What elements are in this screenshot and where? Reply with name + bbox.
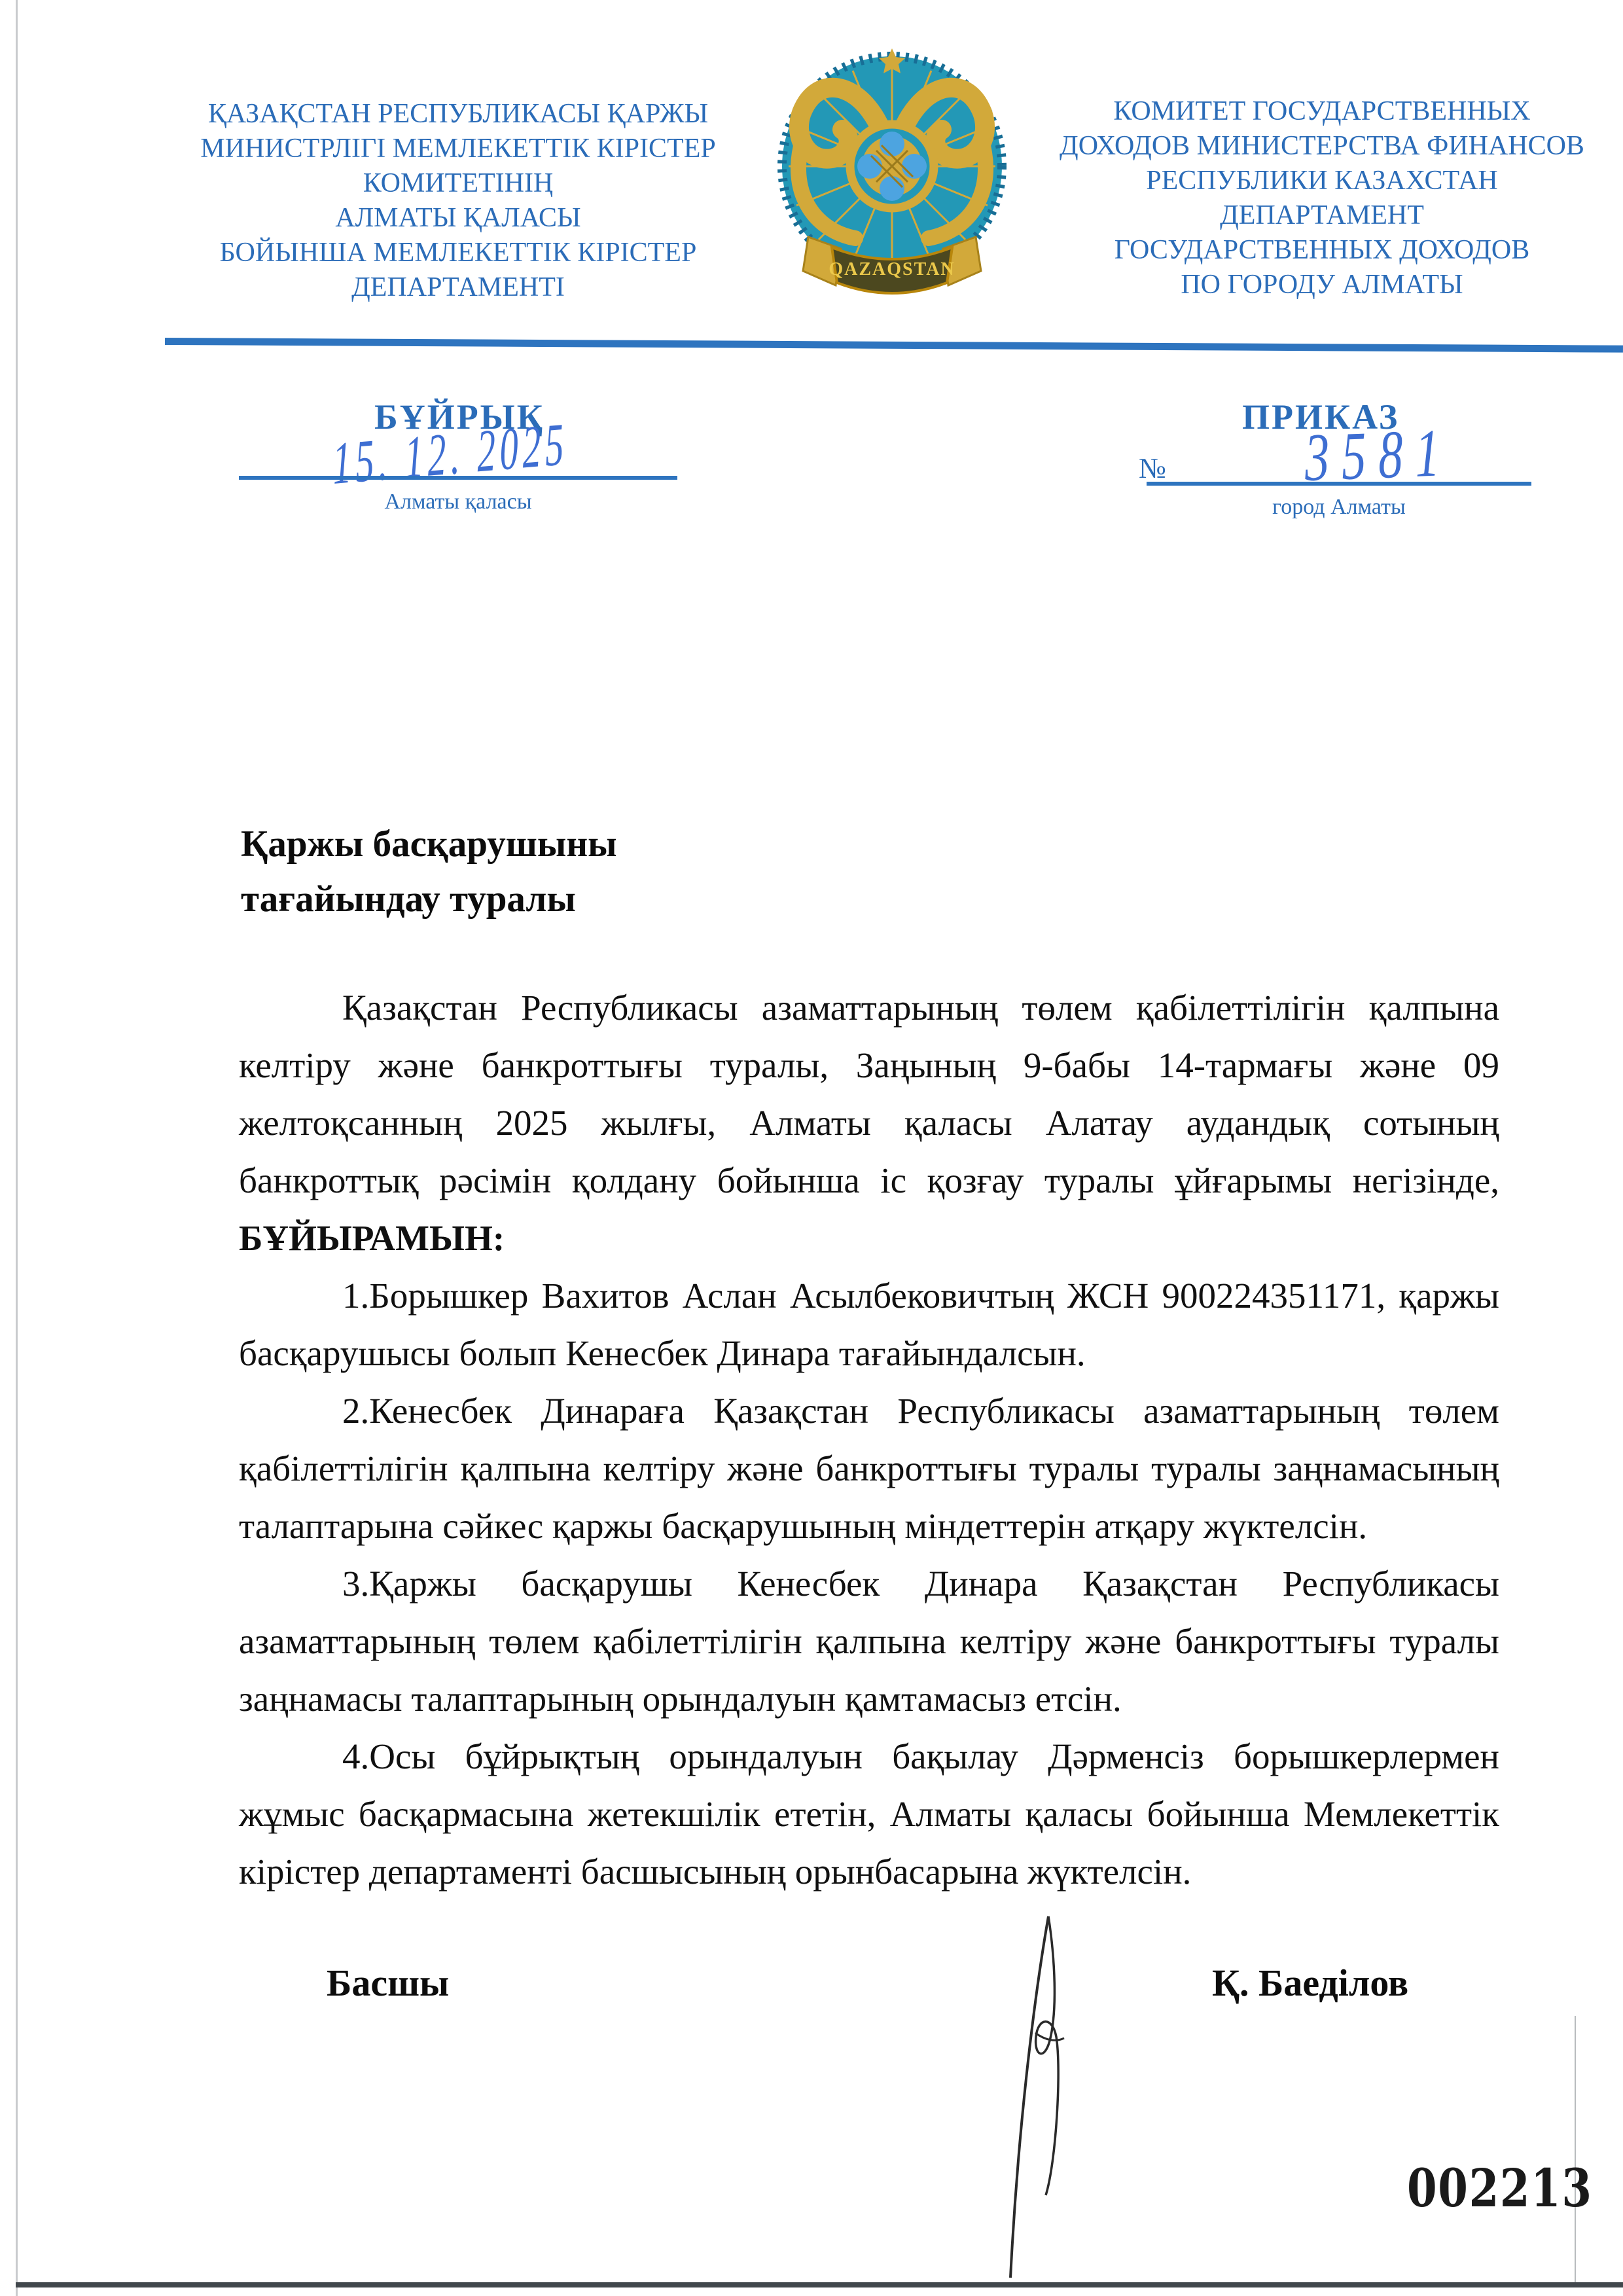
letterhead-line: ДЕПАРТАМЕНТ xyxy=(1027,198,1616,233)
letterhead-line: ҚАЗАҚСТАН РЕСПУБЛИКАСЫ ҚАРЖЫ xyxy=(164,97,753,132)
place-label-kazakh: Алматы қаласы xyxy=(239,490,677,514)
date-underline xyxy=(239,476,677,480)
handwritten-date: 15. 12. 2025 xyxy=(332,409,569,498)
number-sign: № xyxy=(1139,452,1166,485)
form-number-stamp: 002213 xyxy=(1407,2157,1593,2219)
body-paragraph-item-2: 2.Кенесбек Динараға Қазақстан Республика… xyxy=(239,1382,1499,1555)
body-paragraph-preamble: Қазақстан Республикасы азаматтарының төл… xyxy=(239,979,1499,1267)
scan-edge-right xyxy=(1575,2016,1576,2282)
body-paragraph-item-1: 1.Борышкер Вахитов Аслан Асылбековичтың … xyxy=(239,1267,1499,1382)
document-title-line: тағайындау туралы xyxy=(241,872,617,927)
preamble-text: Қазақстан Республикасы азаматтарының төл… xyxy=(239,988,1499,1200)
letterhead-line: ДЕПАРТАМЕНТІ xyxy=(164,270,753,305)
letterhead-kazakh: ҚАЗАҚСТАН РЕСПУБЛИКАСЫ ҚАРЖЫ МИНИСТРЛІГІ… xyxy=(164,97,753,305)
scanned-order-document: ҚАЗАҚСТАН РЕСПУБЛИКАСЫ ҚАРЖЫ МИНИСТРЛІГІ… xyxy=(0,0,1623,2296)
letterhead-line: ПО ГОРОДУ АЛМАТЫ xyxy=(1027,268,1616,302)
place-label-russian: город Алматы xyxy=(1147,495,1531,520)
preamble-order-word: БҰЙЫРАМЫН: xyxy=(239,1218,505,1258)
letterhead-divider-rule xyxy=(165,338,1623,353)
number-underline xyxy=(1147,482,1531,486)
letterhead-line: КОМИТЕТ ГОСУДАРСТВЕННЫХ xyxy=(1027,94,1616,129)
letterhead-line: МИНИСТРЛІГІ МЕМЛЕКЕТТІК КІРІСТЕР xyxy=(164,132,753,166)
letterhead-line: ДОХОДОВ МИНИСТЕРСТВА ФИНАНСОВ xyxy=(1027,129,1616,164)
body-paragraph-item-3: 3.Қаржы басқарушы Кенесбек Динара Қазақс… xyxy=(239,1555,1499,1728)
body-paragraph-item-4: 4.Осы бұйрықтың орындалуын бақылау Дәрме… xyxy=(239,1728,1499,1901)
signature-icon xyxy=(980,1912,1098,2286)
signer-name: Қ. Баеділов xyxy=(1212,1961,1408,2005)
letterhead-line: БОЙЫНША МЕМЛЕКЕТТІК КІРІСТЕР xyxy=(164,236,753,270)
scan-edge-bottom xyxy=(16,2282,1623,2287)
scan-edge-left xyxy=(16,0,18,2296)
document-title: Қаржы басқарушыны тағайындау туралы xyxy=(241,817,617,927)
letterhead-line: ГОСУДАРСТВЕННЫХ ДОХОДОВ xyxy=(1027,233,1616,268)
letterhead-line: КОМИТЕТІНІҢ xyxy=(164,166,753,201)
emblem-banner-text: QAZAQSTAN xyxy=(829,259,955,279)
document-title-line: Қаржы басқарушыны xyxy=(241,817,617,872)
letterhead-line: АЛМАТЫ ҚАЛАСЫ xyxy=(164,201,753,236)
letterhead-line: РЕСПУБЛИКИ КАЗАХСТАН xyxy=(1027,164,1616,198)
document-body: Қазақстан Республикасы азаматтарының төл… xyxy=(239,979,1499,1901)
kazakhstan-coat-of-arms-icon: QAZAQSTAN xyxy=(774,41,1010,314)
signature-position-label: Басшы xyxy=(327,1961,449,2005)
letterhead-russian: КОМИТЕТ ГОСУДАРСТВЕННЫХ ДОХОДОВ МИНИСТЕР… xyxy=(1027,94,1616,302)
